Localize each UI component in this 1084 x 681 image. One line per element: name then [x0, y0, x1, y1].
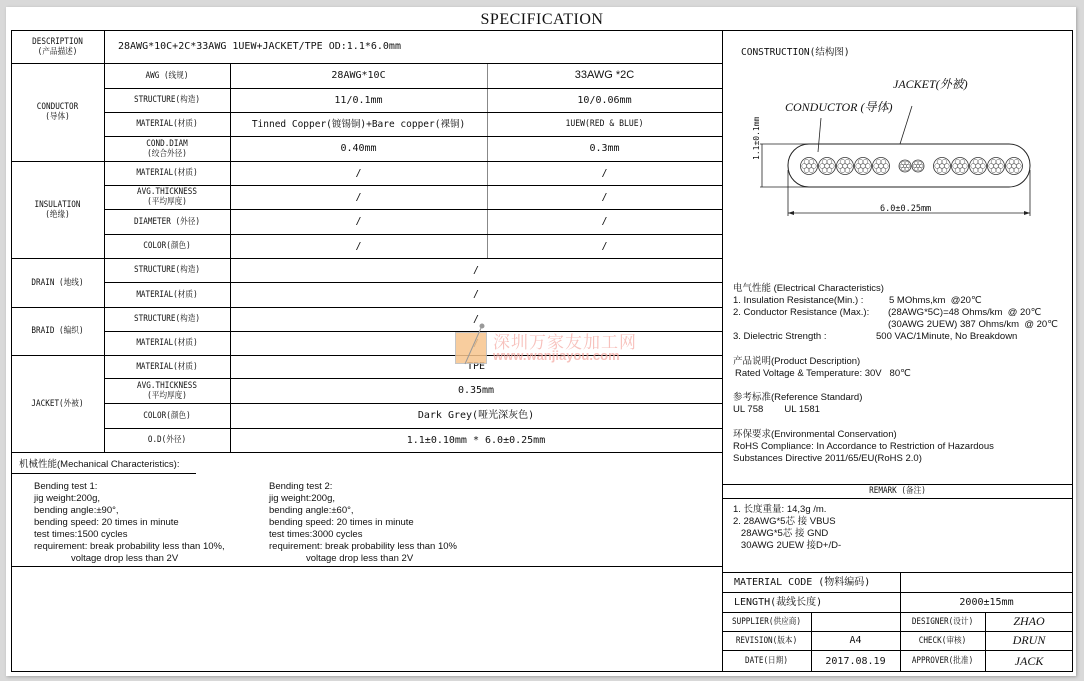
row-line: [11, 452, 722, 453]
bending-test-2-line: test times:3000 cycles: [269, 529, 457, 541]
jacket-od-label: O.D(外径): [110, 428, 223, 452]
description-value: 28AWG*10C+2C*33AWG 1UEW+JACKET/TPE OD:1.…: [118, 30, 718, 63]
jacket-thickness-label: AVG.THICKNESS (平均厚度): [110, 378, 223, 403]
description-label: DESCRIPTION (产品描述): [16, 30, 100, 63]
col-divider-1: [104, 30, 105, 453]
bending-test-2: Bending test 2:jig weight:200g,bending a…: [269, 481, 457, 565]
supplier-label: SUPPLIER(供应商): [726, 612, 806, 631]
length-value: 2000±15mm: [900, 592, 1073, 612]
insulation-thickness-label-en: AVG.THICKNESS: [137, 187, 197, 197]
electrical-line-2-key: 2. Conductor Resistance (Max.):: [733, 307, 869, 319]
braid-group-label: BRAID (编织): [16, 307, 100, 355]
environmental-line-1: RoHS Compliance: In Accordance to Restri…: [733, 441, 994, 453]
supplier-value: [811, 612, 900, 631]
bending-test-2-line: requirement: break probability less than…: [269, 541, 457, 553]
insulation-group-en: INSULATION: [34, 200, 80, 210]
insulation-color-col1: /: [230, 234, 487, 258]
drain-group-label: DRAIN (地线): [16, 258, 100, 307]
jacket-od-value: 1.1±0.10mm * 6.0±0.25mm: [230, 428, 722, 452]
conductor-structure-col1: 11/0.1mm: [230, 88, 487, 112]
jacket-color-label: COLOR(颜色): [110, 403, 223, 428]
conductor-group-cn: (导体): [45, 112, 70, 122]
conductor-material-col1: Tinned Copper(镀锡铜)+Bare copper(裸铜): [230, 112, 487, 136]
jacket-material-value: TPE: [230, 355, 722, 378]
conductor-material-col2: 1UEW(RED & BLUE): [499, 112, 711, 136]
conductor-group-label: CONDUCTOR (导体): [16, 63, 100, 161]
conductor-diam-label: COND.DIAM (绞合外径): [110, 136, 223, 161]
approver-value: JACK: [985, 650, 1073, 672]
insulation-group-label: INSULATION (绝缘): [16, 161, 100, 258]
insulation-material-label: MATERIAL(材质): [110, 161, 223, 185]
bending-test-1-line: test times:1500 cycles: [34, 529, 225, 541]
conductor-group-en: CONDUCTOR: [37, 102, 78, 112]
bending-test-1-line: requirement: break probability less than…: [34, 541, 225, 553]
conductor-structure-label: STRUCTURE(构造): [110, 88, 223, 112]
insulation-diameter-label: DIAMETER (外径): [110, 209, 223, 234]
electrical-line-2-val: (28AWG*5C)=48 Ohms/km @ 20℃: [888, 307, 1041, 319]
environmental-heading: 环保要求(Environmental Conservation): [733, 429, 897, 441]
length-label: LENGTH(裁线长度): [722, 592, 900, 612]
date-label: DATE(日期): [726, 650, 806, 672]
check-value: DRUN: [985, 631, 1073, 650]
approver-label: APPROVER(批准): [904, 650, 981, 672]
mechanical-heading: 机械性能(Mechanical Characteristics):: [19, 459, 179, 471]
conductor-callout: CONDUCTOR (导体): [785, 101, 892, 113]
conductor-awg-label: AWG (线规): [110, 63, 223, 88]
insulation-thickness-col2: /: [487, 185, 722, 209]
braid-structure-value: /: [230, 307, 722, 331]
insulation-diameter-col2: /: [487, 209, 722, 234]
reference-line: UL 758 UL 1581: [733, 404, 820, 416]
bending-test-2-line: jig weight:200g,: [269, 493, 457, 505]
mech-heading-underline: [11, 473, 196, 474]
braid-material-label: MATERIAL(材质): [110, 331, 223, 355]
insulation-group-cn: (绝缘): [45, 210, 70, 220]
conductor-structure-col2: 10/0.06mm: [487, 88, 722, 112]
drain-material-value: /: [230, 282, 722, 307]
remark-line: 30AWG 2UEW 接D+/D-: [733, 540, 841, 552]
height-dimension: 1.1±0.1mm: [751, 110, 763, 160]
jacket-group-label: JACKET(外被): [16, 355, 100, 452]
conductor-diam-col2: 0.3mm: [487, 136, 722, 161]
insulation-material-col1: /: [230, 161, 487, 185]
description-label-en: DESCRIPTION: [32, 37, 83, 47]
bending-test-1-line: bending speed: 20 times in minute: [34, 517, 225, 529]
jacket-thickness-value: 0.35mm: [230, 378, 722, 403]
designer-value: ZHAO: [985, 612, 1073, 631]
conductor-diam-label-en: COND.DIAM: [146, 139, 187, 149]
electrical-line-3-val: (30AWG 2UEW) 387 Ohms/km @ 20℃: [888, 319, 1058, 331]
jacket-thickness-label-en: AVG.THICKNESS: [137, 381, 197, 391]
insulation-thickness-label-cn: (平均厚度): [147, 197, 187, 207]
electrical-line-4-key: 3. Dielectric Strength :: [733, 331, 826, 343]
insulation-thickness-col1: /: [230, 185, 487, 209]
jacket-callout: JACKET(外被): [893, 78, 968, 90]
designer-label: DESIGNER(设计): [904, 612, 981, 631]
width-dimension: 6.0±0.25mm: [880, 203, 931, 215]
check-label: CHECK(审核): [904, 631, 981, 650]
revision-label: REVISION(版本): [726, 631, 806, 650]
row-line: [11, 566, 722, 567]
bending-test-2-line: voltage drop less than 2V: [269, 553, 457, 565]
conductor-material-label: MATERIAL(材质): [110, 112, 223, 136]
remark-line: 28AWG*5芯 接 GND: [733, 528, 841, 540]
bending-test-1-line: bending angle:±90°,: [34, 505, 225, 517]
bending-test-2-line: bending angle:±60°,: [269, 505, 457, 517]
jacket-material-label: MATERIAL(材质): [110, 355, 223, 378]
jacket-thickness-label-cn: (平均厚度): [147, 391, 187, 401]
bending-test-1-line: voltage drop less than 2V: [34, 553, 225, 565]
construction-heading: CONSTRUCTION(结构图): [741, 47, 850, 59]
product-heading: 产品说明(Product Description): [733, 356, 860, 368]
material-code-value: [900, 572, 1073, 592]
electrical-heading: 电气性能 (Electrical Characteristics): [733, 283, 884, 295]
bending-test-2-line: bending speed: 20 times in minute: [269, 517, 457, 529]
bending-test-1-line: Bending test 1:: [34, 481, 225, 493]
electrical-line-4-val: 500 VAC/1Minute, No Breakdown: [876, 331, 1017, 343]
bending-test-1: Bending test 1:jig weight:200g,bending a…: [34, 481, 225, 565]
environmental-line-2: Substances Directive 2011/65/EU(RoHS 2.0…: [733, 453, 922, 465]
drain-material-label: MATERIAL(材质): [110, 282, 223, 307]
remark-heading: REMARK (备注): [740, 484, 1056, 498]
material-code-label: MATERIAL CODE (物料编码): [722, 572, 900, 592]
insulation-diameter-col1: /: [230, 209, 487, 234]
bending-test-1-line: jig weight:200g,: [34, 493, 225, 505]
product-line: Rated Voltage & Temperature: 30V 80℃: [735, 368, 911, 380]
bending-test-2-line: Bending test 2:: [269, 481, 457, 493]
electrical-line-1-key: 1. Insulation Resistance(Min.) :: [733, 295, 863, 307]
conductor-awg-col2: 33AWG *2C: [487, 63, 722, 88]
remark-heading-line: [722, 498, 1073, 499]
insulation-color-label: COLOR(颜色): [110, 234, 223, 258]
insulation-material-col2: /: [487, 161, 722, 185]
date-value: 2017.08.19: [811, 650, 900, 672]
revision-value: A4: [811, 631, 900, 650]
remark-list: 1. 长度重量: 14,3g /m.2. 28AWG*5芯 接 VBUS 28A…: [733, 504, 841, 552]
conductor-awg-col1: 28AWG*10C: [230, 63, 487, 88]
braid-structure-label: STRUCTURE(构造): [110, 307, 223, 331]
braid-material-value: /: [230, 331, 722, 355]
document-title: SPECIFICATION: [0, 11, 1084, 29]
electrical-line-1-val: 5 MOhms,km @20℃: [889, 295, 982, 307]
drain-structure-label: STRUCTURE(构造): [110, 258, 223, 282]
drain-structure-value: /: [230, 258, 722, 282]
reference-heading: 参考标准(Reference Standard): [733, 392, 862, 404]
remark-line: 2. 28AWG*5芯 接 VBUS: [733, 516, 841, 528]
description-label-cn: (产品描述): [38, 47, 78, 57]
jacket-color-value: Dark Grey(哑光深灰色): [230, 403, 722, 428]
insulation-thickness-label: AVG.THICKNESS (平均厚度): [110, 185, 223, 209]
remark-line: 1. 长度重量: 14,3g /m.: [733, 504, 841, 516]
conductor-diam-col1: 0.40mm: [230, 136, 487, 161]
conductor-diam-label-cn: (绞合外径): [147, 149, 187, 159]
insulation-color-col2: /: [487, 234, 722, 258]
